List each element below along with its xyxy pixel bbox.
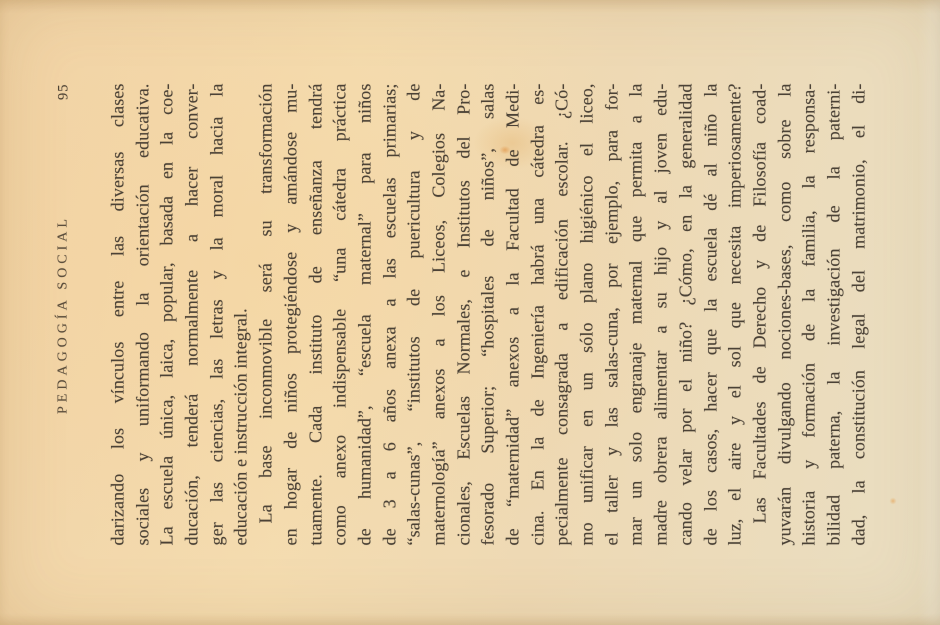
text-line: Las Facultades de Derecho y de Filosofía… [747, 83, 772, 545]
text-line: cando velar por el niño? ¿Cómo, en la ge… [673, 83, 698, 545]
text-line: La base inconmovible será su transformac… [253, 83, 278, 545]
text-line: de humanidad”, “escuela maternal” para n… [352, 83, 377, 545]
book-page: PEDAGOGÍA SOCIAL 95 darizando los víncul… [0, 0, 940, 625]
page-header: PEDAGOGÍA SOCIAL 95 [55, 0, 79, 625]
text-line: cionales, Escuelas Normales, e Instituto… [451, 83, 476, 545]
running-title: PEDAGOGÍA SOCIAL [55, 83, 71, 545]
text-line: de “maternidad” anexos a la Facultad de … [500, 83, 525, 545]
text-line: maternología” anexos a los Liceos, Coleg… [426, 83, 451, 545]
text-line: sociales y uniformando la orientación ed… [130, 83, 155, 545]
scanned-book-page-photo: PEDAGOGÍA SOCIAL 95 darizando los víncul… [0, 0, 940, 625]
text-line: fesorado Superior; “hospitales de niños”… [475, 83, 500, 545]
text-line: La escuela única, laica, popular, basada… [154, 83, 179, 545]
text-line: luz, el aire y el sol que necesita imper… [722, 83, 747, 545]
text-line: educación e instrucción integral. [228, 83, 253, 545]
text-line: darizando los vínculos entre las diversa… [105, 83, 130, 545]
text-line: mo unificar en un sólo plano higiénico e… [574, 83, 599, 545]
text-line: historia y formación de la familia, la r… [796, 83, 821, 545]
text-line: cina. En la de Ingeniería habrá una cáte… [525, 83, 550, 545]
text-line: pecialmente consagrada a edificación esc… [549, 83, 574, 545]
text-line: en hogar de niños protegiéndose y amándo… [278, 83, 303, 545]
text-line: de los casos, hacer que la escuela dé al… [698, 83, 723, 545]
text-line: yuvarán divulgando nociones-bases, como … [772, 83, 797, 545]
text-line: el taller y las salas-cuna, por ejemplo,… [599, 83, 624, 545]
text-line: “salas-cunas”, “institutos de puericultu… [401, 83, 426, 545]
text-line: de 3 a 6 años anexa a las escuelas prima… [377, 83, 402, 545]
body-lines: darizando los vínculos entre las diversa… [105, 83, 870, 545]
text-line: mar un solo engranaje maternal que permi… [623, 83, 648, 545]
text-line: tuamente. Cada instituto de enseñanza te… [303, 83, 328, 545]
text-line: ger las ciencias, las letras y la moral … [204, 83, 229, 545]
page-number: 95 [55, 83, 72, 131]
text-line: bilidad paterna, la investigación de la … [821, 83, 846, 545]
text-line: dad, la constitución legal del matrimoni… [846, 83, 871, 545]
text-line: ducación, tenderá normalmente a hacer co… [179, 83, 204, 545]
text-line: madre obrera alimentar a su hijo y al jo… [648, 83, 673, 545]
text-line: como anexo indispensable “una cátedra pr… [327, 83, 352, 545]
